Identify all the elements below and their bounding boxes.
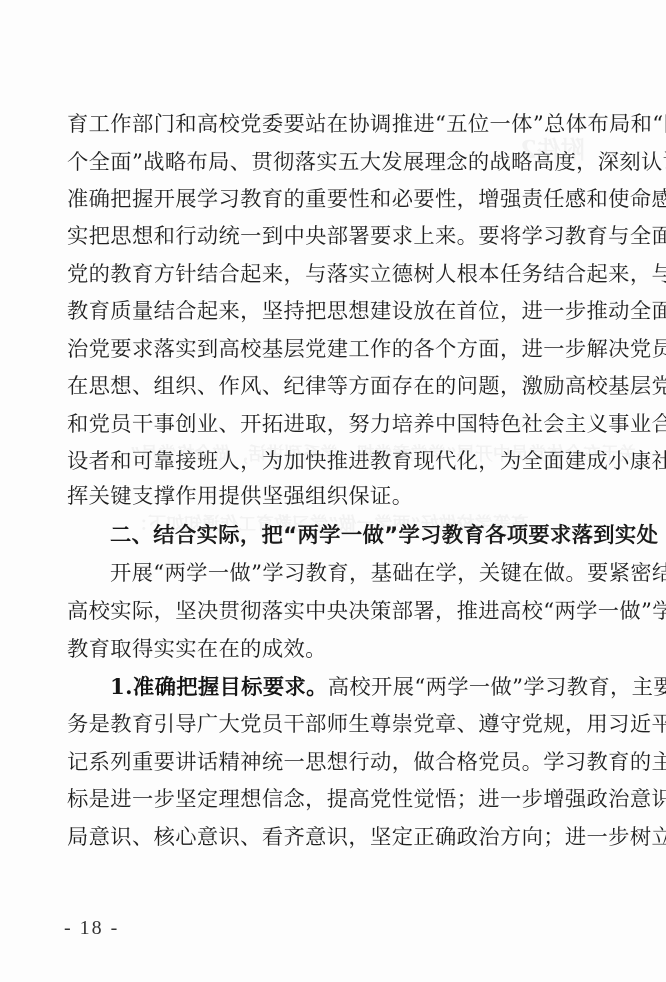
body-text-line: 个全面”战略布局、贯彻落实五大发展理念的战略高度，深刻认识和 xyxy=(67,148,599,178)
body-text-line: 务是教育引导广大党员干部师生尊崇党章、遵守党规，用习近平总书 xyxy=(67,710,599,740)
item-1-title: 1.准确把握目标要求。 xyxy=(110,675,328,700)
body-text-line: 和党员干事创业、开拓进取，努力培养中国特色社会主义事业合格建 xyxy=(67,410,599,440)
body-text-line: 开展“两学一做”学习教育，基础在学，关键在做。要紧密结合 xyxy=(110,559,599,589)
document-page: 附件2 关于在全体党员中开展“学党章党规、学系列讲话，做合格党员” 高等学校做好… xyxy=(0,0,666,982)
body-text-line: 育工作部门和高校党委要站在协调推进“五位一体”总体布局和“四 xyxy=(67,110,599,140)
body-text-line: 教育质量结合起来，坚持把思想建设放在首位，进一步推动全面从严 xyxy=(67,297,599,327)
body-text-line: 教育取得实实在在的成效。 xyxy=(67,635,599,665)
body-text-line: 设者和可靠接班人，为加快推进教育现代化，为全面建成小康社会发 xyxy=(67,447,599,477)
item-1-first-line: 1.准确把握目标要求。高校开展“两学一做”学习教育，主要任 xyxy=(110,673,599,703)
body-text-line: 党的教育方针结合起来，与落实立德树人根本任务结合起来，与提高 xyxy=(67,260,599,290)
body-text-line: 标是进一步坚定理想信念，提高党性觉悟；进一步增强政治意识、大 xyxy=(67,785,599,815)
body-text-line: 局意识、核心意识、看齐意识，坚定正确政治方向；进一步树立清风 xyxy=(67,823,599,853)
page-number: - 18 - xyxy=(64,915,119,941)
body-text-line: 实把思想和行动统一到中央部署要求上来。要将学习教育与全面贯彻 xyxy=(67,222,599,252)
body-text-line: 挥关键支撑作用提供坚强组织保证。 xyxy=(67,482,599,512)
section-heading: 二、结合实际，把“两学一做”学习教育各项要求落到实处 xyxy=(110,521,596,551)
body-text-line: 准确把握开展学习教育的重要性和必要性，增强责任感和使命感，切 xyxy=(67,185,599,215)
item-1-text: 高校开展“两学一做”学习教育，主要任 xyxy=(328,675,666,700)
body-text-line: 在思想、组织、作风、纪律等方面存在的问题，激励高校基层党组织 xyxy=(67,372,599,402)
body-text-line: 高校实际，坚决贯彻落实中央决策部署，推进高校“两学一做”学习 xyxy=(67,597,599,627)
body-text-line: 记系列重要讲话精神统一思想行动，做合格党员。学习教育的主要目 xyxy=(67,748,599,778)
body-text-line: 治党要求落实到高校基层党建工作的各个方面，进一步解决党员队伍 xyxy=(67,335,599,365)
